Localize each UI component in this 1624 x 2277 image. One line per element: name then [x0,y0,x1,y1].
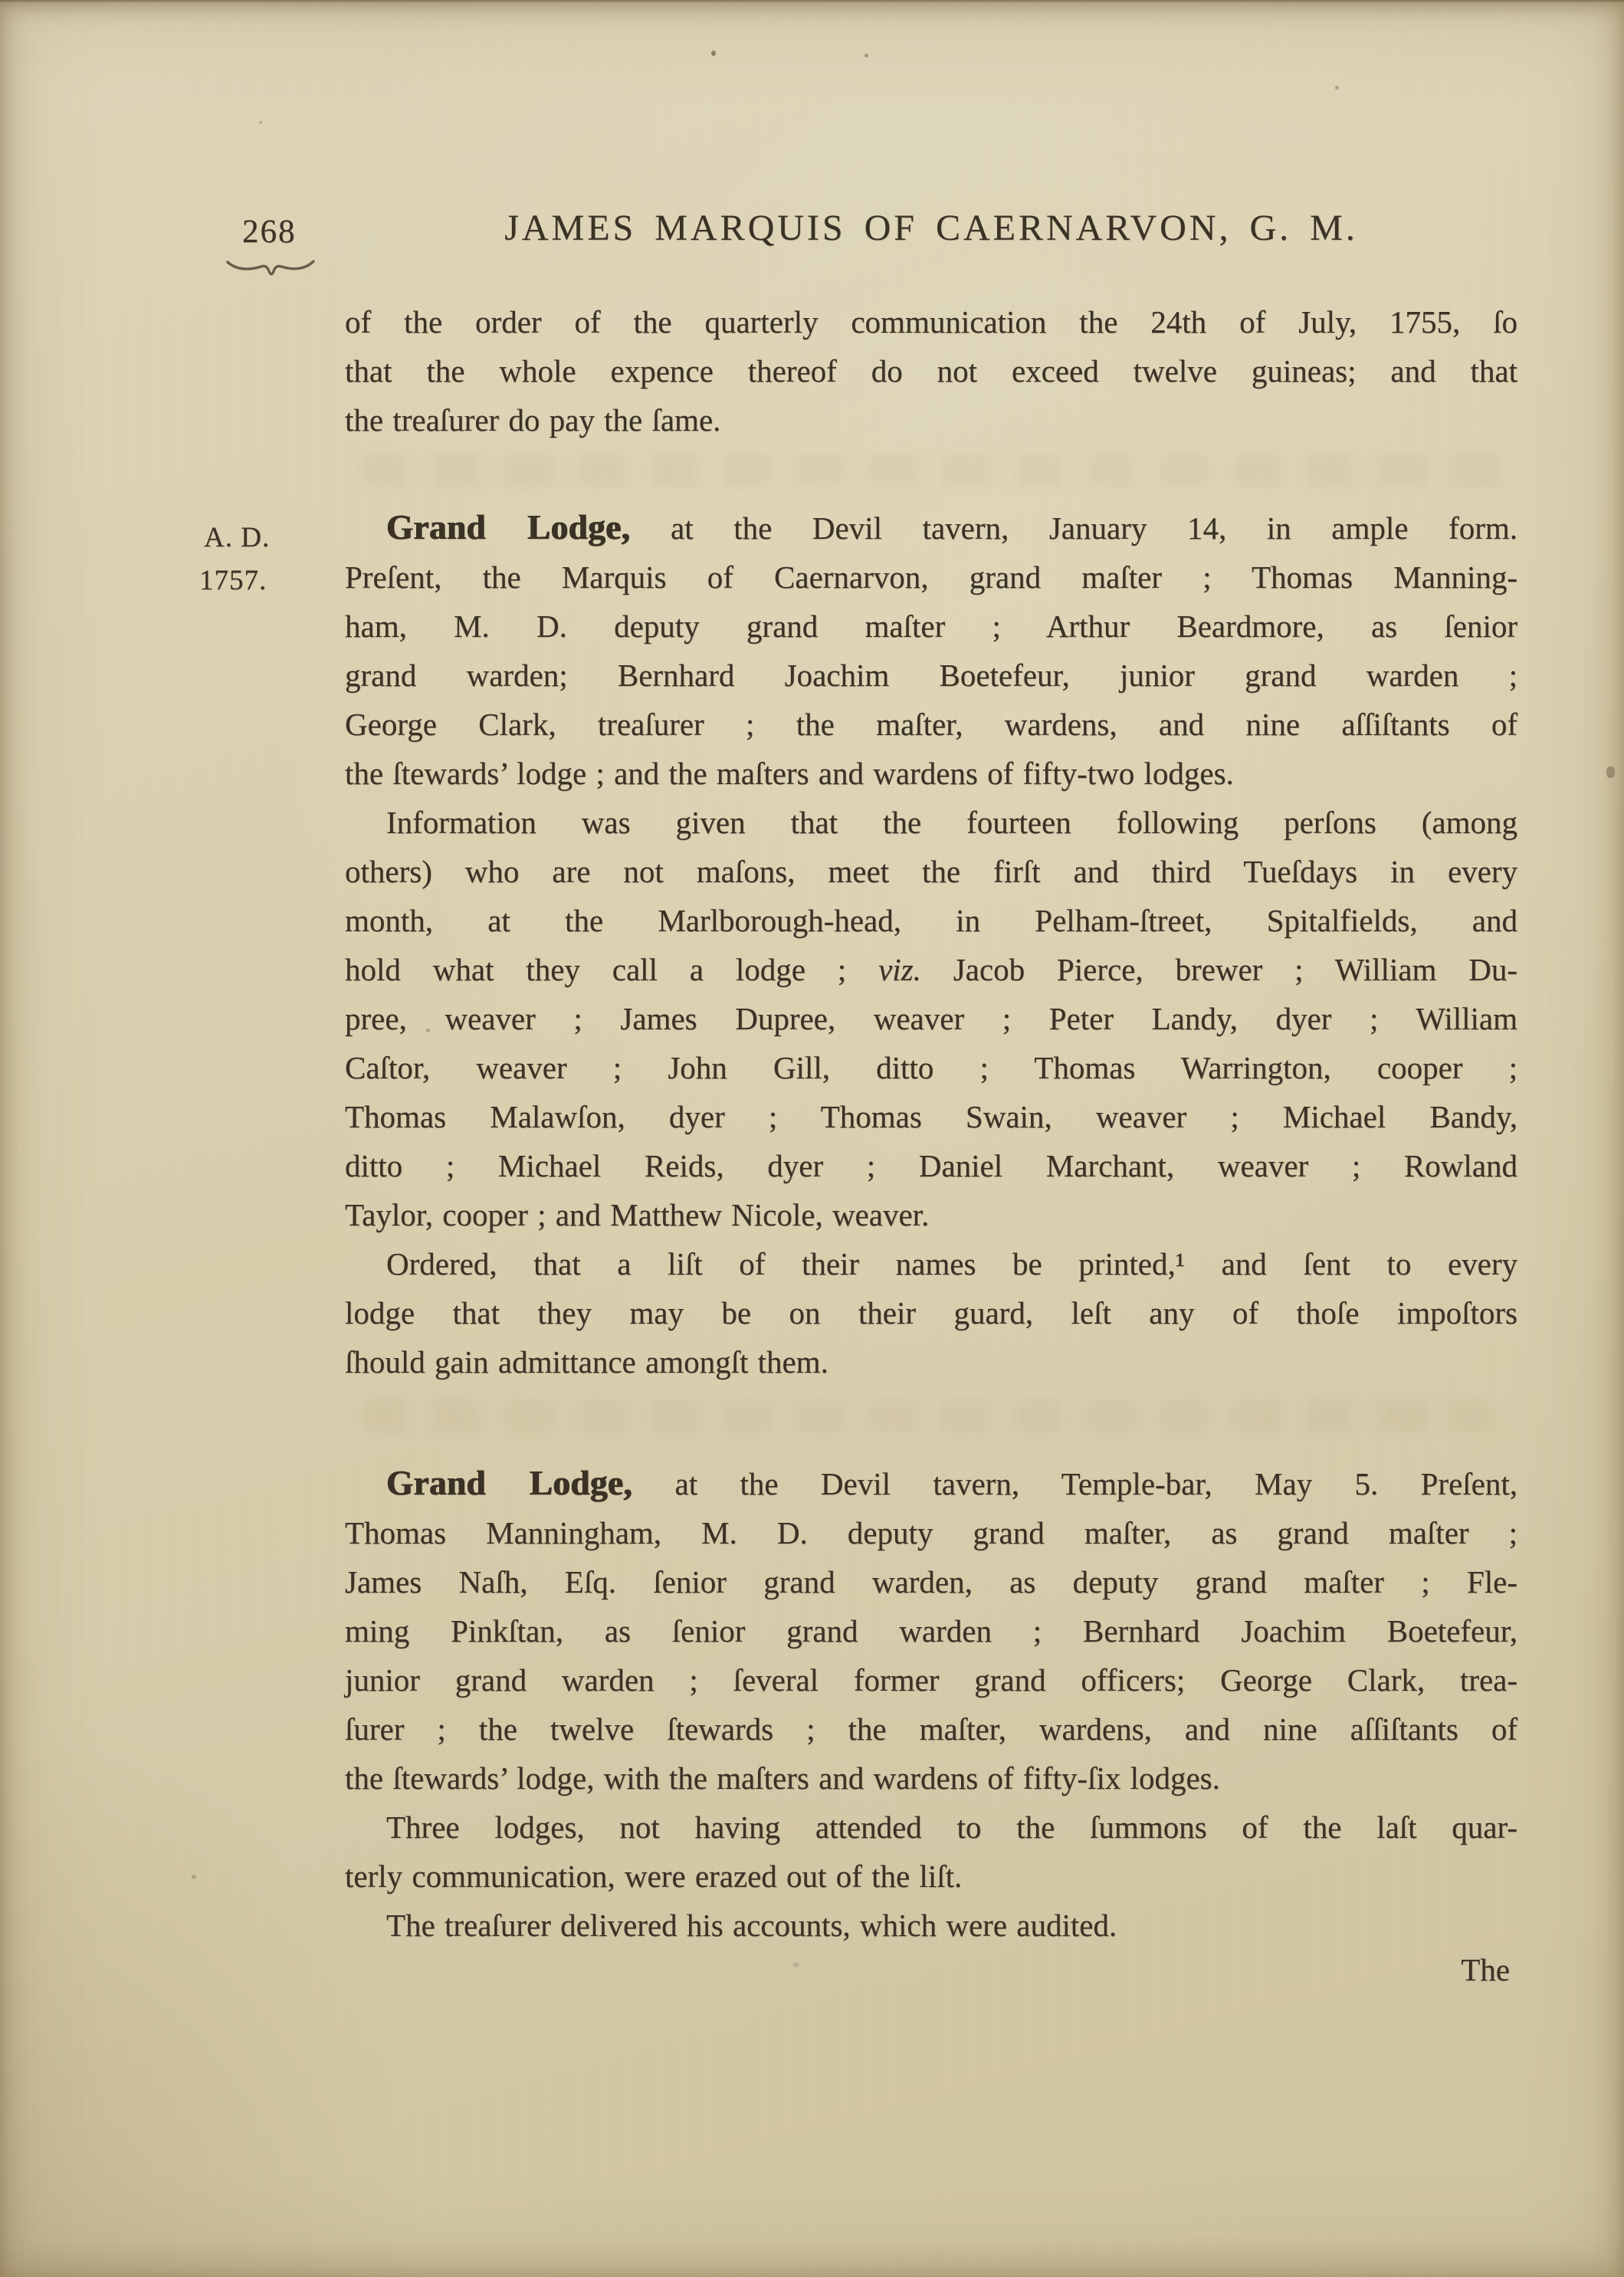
catchword: The [345,1951,1510,1988]
text-line: the ſtewards’ lodge ; and the maſters an… [345,749,1517,798]
text-line: ditto ; Michael Reids, dyer ; Daniel Mar… [345,1141,1517,1190]
text-line: month, at the Marlborough-head, in Pelha… [345,896,1517,945]
text-line: Thomas Malawſon, dyer ; Thomas Swain, we… [345,1092,1517,1141]
text-run: hold what they call a lodge ; [345,952,878,987]
text-line: Grand Lodge, at the Devil tavern, Januar… [345,503,1517,553]
text-line: ſhould gain admittance amongſt them. [345,1337,1517,1386]
text-line: ſurer ; the twelve ſtewards ; the maſter… [345,1704,1517,1754]
text-line: others) who are not maſons, meet the fir… [345,847,1517,896]
text-block: of the order of the quarterly communicat… [345,297,1517,1950]
paragraph-information-fourteen-persons: Information was given that the fourteen … [345,798,1517,1239]
text-run: George Clark, treaſurer ; the maſter, wa… [345,707,1517,742]
text-line: Taylor, cooper ; and Matthew Nicole, wea… [345,1190,1517,1239]
text-run: month, at the Marlborough-head, in Pelha… [345,903,1517,938]
text-run: that the whole expence thereof do not ex… [345,353,1517,389]
text-run: lodge that they may be on their guard, l… [345,1295,1517,1330]
text-run: at the Devil tavern, January 14, in ampl… [630,510,1517,546]
text-line: that the whole expence thereof do not ex… [345,346,1517,395]
text-run: pree, weaver ; James Dupree, weaver ; Pe… [345,1001,1517,1036]
text-line: Thomas Manningham, M. D. deputy grand ma… [345,1508,1517,1557]
text-run: ſurer ; the twelve ſtewards ; the maſter… [345,1711,1517,1747]
text-run: of the order of the quarterly communicat… [345,304,1517,340]
text-run: Jacob Pierce, brewer ; William Du- [921,952,1517,987]
paragraph-three-lodges-erased: Three lodges, not having attended to the… [345,1803,1517,1901]
text-run: others) who are not maſons, meet the fir… [345,854,1517,889]
text-line: hold what they call a lodge ; viz. Jacob… [345,945,1517,994]
text-line: James Naſh, Eſq. ſenior grand warden, as… [345,1557,1517,1606]
foxing-spot [711,51,716,56]
text-line: grand warden; Bernhard Joachim Boetefeur… [345,651,1517,700]
text-run: Three lodges, not having attended to the… [386,1809,1517,1845]
text-run: Information was given that the fourteen … [386,805,1517,840]
text-line: ham, M. D. deputy grand maſter ; Arthur … [345,602,1517,651]
text-run: the ſtewards’ lodge, with the maſters an… [345,1760,1220,1796]
blackletter-heading: Grand Lodge, [386,1464,632,1502]
foxing-spot [1335,86,1339,90]
scan-top-edge [0,0,1624,3]
page-number-flourish [225,254,316,283]
text-line: Grand Lodge, at the Devil tavern, Temple… [345,1458,1517,1508]
paragraph-treasurer-accounts: The treaſurer delivered his accounts, wh… [345,1901,1517,1950]
text-run: Ordered, that a liſt of their names be p… [386,1246,1517,1281]
text-run: Caſtor, weaver ; John Gill, ditto ; Thom… [345,1050,1517,1085]
foxing-spot [1606,766,1615,778]
text-run: grand warden; Bernhard Joachim Boetefeur… [345,658,1517,693]
running-title: JAMES MARQUIS OF CAERNARVON, G. M. [345,207,1517,249]
text-line: pree, weaver ; James Dupree, weaver ; Pe… [345,994,1517,1043]
paragraph-grand-lodge-january: Grand Lodge, at the Devil tavern, Januar… [345,503,1517,798]
foxing-spot [259,121,262,124]
text-line: the ſtewards’ lodge, with the maſters an… [345,1754,1517,1803]
text-run: ham, M. D. deputy grand maſter ; Arthur … [345,609,1517,644]
text-run: Thomas Malawſon, dyer ; Thomas Swain, we… [345,1099,1517,1134]
paragraph-ordered-list-printed: Ordered, that a liſt of their names be p… [345,1239,1517,1386]
text-line: Caſtor, weaver ; John Gill, ditto ; Thom… [345,1043,1517,1092]
text-run: the ſtewards’ lodge ; and the maſters an… [345,756,1234,791]
margin-note-date: A. D. 1757. [204,517,270,602]
text-run: The treaſurer delivered his accounts, wh… [386,1908,1117,1943]
text-line: Ordered, that a liſt of their names be p… [345,1239,1517,1288]
text-run: at the Devil tavern, Temple-bar, May 5. … [632,1466,1517,1501]
text-line: Information was given that the fourteen … [345,798,1517,847]
text-line: of the order of the quarterly communicat… [345,297,1517,346]
paragraph-quarterly-expence: of the order of the quarterly communicat… [345,297,1517,445]
text-line: lodge that they may be on their guard, l… [345,1288,1517,1337]
paragraph-grand-lodge-may: Grand Lodge, at the Devil tavern, Temple… [345,1458,1517,1803]
text-line: Three lodges, not having attended to the… [345,1803,1517,1852]
page-number: 268 [242,213,297,251]
text-line: Preſent, the Marquis of Caernarvon, gran… [345,553,1517,602]
text-line: George Clark, treaſurer ; the maſter, wa… [345,700,1517,749]
text-run: ditto ; Michael Reids, dyer ; Daniel Mar… [345,1148,1517,1183]
text-run: Taylor, cooper ; and Matthew Nicole, wea… [345,1197,929,1232]
text-line: ming Pinkſtan, as ſenior grand warden ; … [345,1606,1517,1655]
text-run: the treaſurer do pay the ſame. [345,402,720,438]
blackletter-heading: Grand Lodge, [386,508,630,546]
italic-text: viz. [878,952,921,987]
text-line: terly communication, were erazed out of … [345,1852,1517,1901]
text-run: James Naſh, Eſq. ſenior grand warden, as… [345,1564,1517,1599]
text-line: junior grand warden ; ſeveral former gra… [345,1655,1517,1704]
text-line: The treaſurer delivered his accounts, wh… [345,1901,1517,1950]
text-run: Preſent, the Marquis of Caernarvon, gran… [345,559,1517,595]
book-page-scan: 268 JAMES MARQUIS OF CAERNARVON, G. M. A… [0,0,1624,2277]
foxing-spot [864,54,868,57]
text-line: the treaſurer do pay the ſame. [345,395,1517,445]
margin-note-ad: A. D. [204,517,270,559]
foxing-spot [192,1875,196,1879]
text-run: ming Pinkſtan, as ſenior grand warden ; … [345,1613,1517,1649]
text-run: ſhould gain admittance amongſt them. [345,1344,828,1380]
text-run: terly communication, were erazed out of … [345,1859,962,1894]
text-run: junior grand warden ; ſeveral former gra… [345,1662,1517,1698]
text-run: Thomas Manningham, M. D. deputy grand ma… [345,1515,1517,1550]
margin-note-year: 1757. [199,559,270,602]
